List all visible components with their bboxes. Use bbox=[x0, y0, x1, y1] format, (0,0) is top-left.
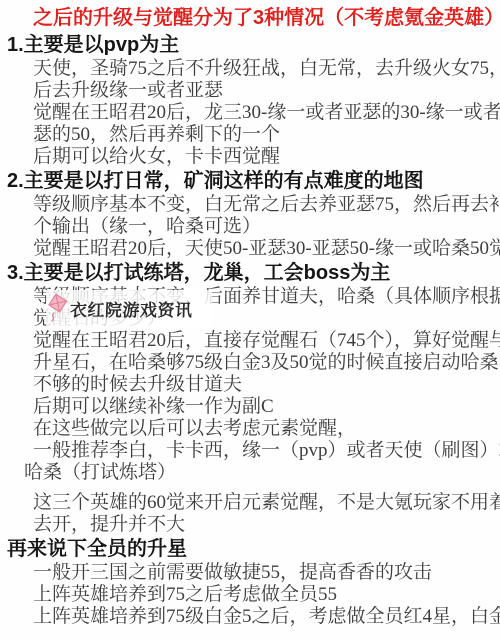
body-line: 天使，圣骑75之后不升级狂战，白无常，去升级火女75，然 bbox=[0, 58, 500, 80]
body-line: 觉醒王昭君20后，天使50-亚瑟30-亚瑟50-缘一或哈桑50觉 bbox=[0, 238, 500, 260]
body-line: 个输出（缘一，哈桑可选） bbox=[0, 216, 500, 238]
article-title: 之后的升级与觉醒分为了3种情况（不考虑氪金英雄） bbox=[0, 6, 500, 30]
body-line: 不够的时候去升级甘道夫 bbox=[0, 374, 500, 396]
body-line: 等级顺序基本不变，白无常之后去养亚瑟75，然后再去补一 bbox=[0, 194, 500, 216]
body-line: 觉醒在王昭君20后，直接存觉醒石（745个），算好觉醒与 bbox=[0, 330, 500, 352]
body-line: 后去升级缘一或者亚瑟 bbox=[0, 80, 500, 102]
section-heading: 2.主要是以打日常，矿洞这样的有点难度的地图 bbox=[0, 168, 500, 194]
section-heading: 3.主要是以打试练塔，龙巢，工会boss为主 bbox=[0, 260, 500, 286]
section-heading: 1.主要是以pvp为主 bbox=[0, 32, 500, 58]
body-line: 一般开三国之前需要做敏捷55，提高香香的攻击 bbox=[0, 562, 500, 584]
section-heading: 再来说下全员的升星 bbox=[0, 536, 500, 562]
body-line: 觉醒在王昭君20后，龙三30-缘一或者亚瑟的30-缘一或者亚 bbox=[0, 102, 500, 124]
body-line: 瑟的50，然后再养剩下的一个 bbox=[0, 124, 500, 146]
body-line: 这三个英雄的60觉来开启元素觉醒，不是大氪玩家不用着急 bbox=[0, 492, 500, 514]
article-content: 1.主要是以pvp为主天使，圣骑75之后不升级狂战，白无常，去升级火女75，然后… bbox=[0, 32, 500, 628]
body-line: 去开，提升并不大 bbox=[0, 514, 500, 536]
body-line: 上阵英雄培养到75级白金5之后，考虑做全员红4星，白金2 bbox=[0, 606, 500, 628]
body-line: 一般推荐李白，卡卡西，缘一（pvp）或者天使（刷图）或者 bbox=[0, 440, 500, 462]
body-line: 后期可以给火女，卡卡西觉醒 bbox=[0, 146, 500, 168]
body-line: 上阵英雄培养到75之后考虑做全员55 bbox=[0, 584, 500, 606]
body-line: 升星石，在哈桑够75级白金3及50觉的时候直接启动哈桑， bbox=[0, 352, 500, 374]
body-line: 哈桑（打试炼塔） bbox=[0, 462, 500, 484]
body-line: 在这些做完以后可以去考虑元素觉醒， bbox=[0, 418, 500, 440]
watermark-text: 衣红院游戏资讯 bbox=[70, 296, 193, 321]
kite-icon bbox=[46, 292, 70, 324]
body-line: 后期可以继续补缘一作为副C bbox=[0, 396, 500, 418]
article-page: 之后的升级与觉醒分为了3种情况（不考虑氪金英雄） 1.主要是以pvp为主天使，圣… bbox=[0, 0, 500, 641]
watermark: 衣红院游戏资讯 bbox=[46, 290, 212, 327]
